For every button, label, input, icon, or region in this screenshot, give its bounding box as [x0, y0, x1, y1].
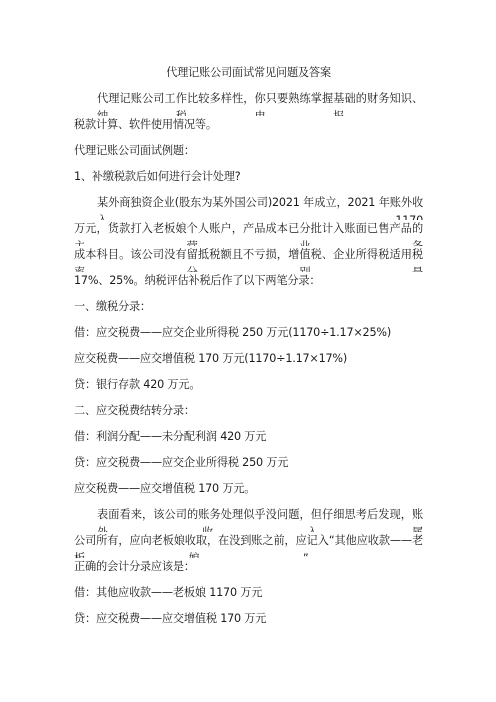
paragraph-line: 借：应交税费——应交企业所得税 250 万元(1170÷1.17×25%): [74, 324, 423, 350]
paragraph-line: 借：其他应收款——老板娘 1170 万元: [74, 584, 423, 610]
paragraph-line: 成本科目。该公司没有留抵税额且不亏损，增值税、企业所得税适用税率分别是: [74, 246, 423, 272]
paragraph-line: 代理记账公司面试例题：: [74, 142, 423, 168]
paragraph-line: 公司所有，应向老板娘收取，在没到账之前，应记入“其他应收款——老板娘”。: [74, 532, 423, 558]
paragraph-line: 贷：应交税费——应交企业所得税 250 万元: [74, 454, 423, 480]
paragraph-line: 代理记账公司工作比较多样性，你只要熟练掌握基础的财务知识、纳税申报、: [74, 90, 423, 116]
paragraph-line: 表面看来，该公司的账务处理似乎没问题，但仔细思考后发现，账外收入属: [74, 506, 423, 532]
paragraph-line: 应交税费——应交增值税 170 万元。: [74, 480, 423, 506]
paragraph-line: 应交税费——应交增值税 170 万元(1170÷1.17×17%): [74, 350, 423, 376]
paragraph-line: 贷：应交税费——应交增值税 170 万元: [74, 610, 423, 636]
paragraph-line: 万元，货款打入老板娘个人账户，产品成本已分批计入账面已售产品的主营业务: [74, 220, 423, 246]
paragraph-line: 1、补缴税款后如何进行会计处理?: [74, 168, 423, 194]
document-page: 代理记账公司面试常见问题及答案 代理记账公司工作比较多样性，你只要熟练掌握基础的…: [74, 64, 423, 636]
paragraph-line: 正确的会计分录应该是：: [74, 558, 423, 584]
paragraph-line: 贷：银行存款 420 万元。: [74, 376, 423, 402]
paragraph-line: 借：利润分配——未分配利润 420 万元: [74, 428, 423, 454]
document-body: 代理记账公司工作比较多样性，你只要熟练掌握基础的财务知识、纳税申报、税款计算、软…: [74, 90, 423, 636]
paragraph-line: 二、应交税费结转分录：: [74, 402, 423, 428]
paragraph-line: 17%、25%。纳税评估补税后作了以下两笔分录：: [74, 272, 423, 298]
paragraph-line: 税款计算、软件使用情况等。: [74, 116, 423, 142]
document-title: 代理记账公司面试常见问题及答案: [74, 64, 423, 90]
paragraph-line: 一、缴税分录：: [74, 298, 423, 324]
paragraph-line: 某外商独资企业(股东为某外国公司)2021 年成立，2021 年账外收入 117…: [74, 194, 423, 220]
